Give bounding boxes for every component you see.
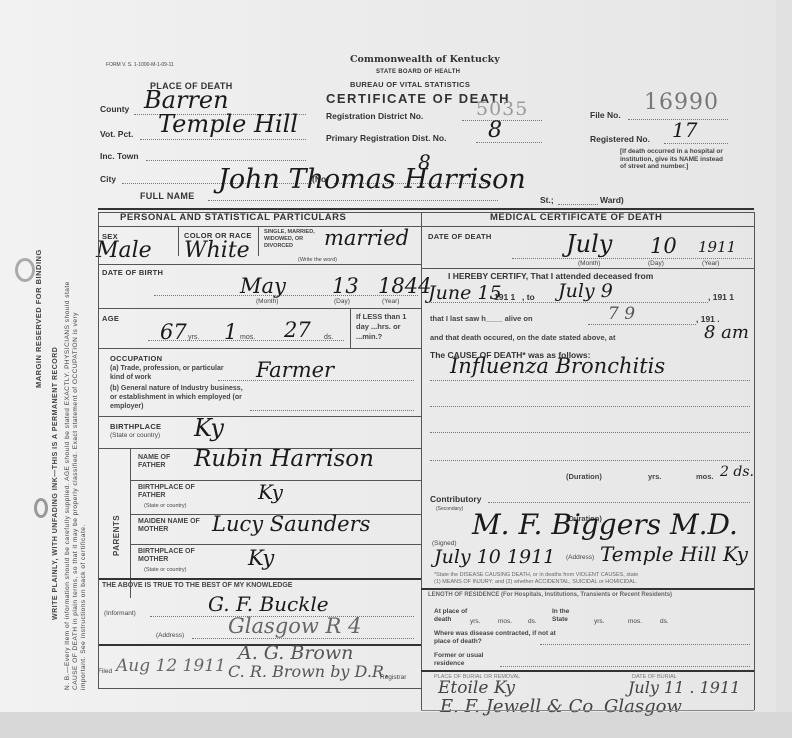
dob-month-value: May [240,274,286,298]
father-birthplace-label: BIRTHPLACE OF FATHER [138,484,208,500]
margin-permanent-record-text: WRITE PLAINLY, WITH UNFADING INK—THIS IS… [52,347,59,620]
registration-district-label: Registration District No. [326,111,423,121]
mother-birthplace-label: BIRTHPLACE OF MOTHER [138,548,204,564]
occupation-a-label: (a) Trade, profession, or particular kin… [110,364,234,382]
registrar-signature: A. G. Brown [238,642,353,664]
birthplace-hint: (State or country) [110,432,160,439]
informant-address-value: Glasgow R 4 [228,614,361,638]
registered-number-value: 17 [672,118,697,142]
true-statement-label: THE ABOVE IS TRUE TO THE BEST OF MY KNOW… [102,582,292,589]
bureau-heading: BUREAU OF VITAL STATISTICS [350,80,470,89]
dod-month-hint: (Month) [578,260,600,267]
footnote-1: *State the DISEASE CAUSING DEATH, or in … [434,572,638,578]
former-residence-label: Former or usual residence [434,652,504,668]
registration-district-value: 5035 [476,98,528,120]
attended-from-year: 191 1 [494,292,515,302]
mother-birthplace-value: Ky [248,546,274,570]
last-saw-label: that I last saw h____ alive on [430,314,533,323]
duration-label: (Duration) [566,472,602,481]
length-of-residence-label: LENGTH OF RESIDENCE (For Hospitals, Inst… [428,592,748,599]
year-hint: (Year) [382,298,399,305]
father-birthplace-hint: (State or country) [144,503,187,509]
date-of-birth-label: DATE OF BIRTH [102,268,163,277]
occupation-label: OCCUPATION [110,354,162,363]
dod-day-value: 10 [650,234,677,258]
margin-binding-text: MARGIN RESERVED FOR BINDING [34,249,43,388]
informant-value: G. F. Buckle [208,592,329,616]
binding-hole-icon [34,498,48,518]
scan-edge [776,0,792,738]
father-name-label: NAME OF FATHER [138,454,188,470]
father-name-value: Rubin Harrison [194,446,374,472]
informant-label: (Informant) [104,610,136,617]
primary-registration-value: 8 [488,118,502,143]
hospital-instruction-note: [If death occurred in a hospital or inst… [620,148,728,171]
attended-to-year: , 191 1 [708,292,734,302]
date-of-death-label: DATE OF DEATH [428,232,492,241]
dob-day-value: 13 [332,274,359,298]
physician-signature: M. F. Biggers M.D. [472,508,738,541]
primary-registration-label: Primary Registration Dist. No. [326,133,446,143]
informant-address-label: (Address) [156,632,184,639]
margin-instructions-3: important. See instructions on back of c… [80,524,87,690]
street-label: St.; [540,195,554,205]
birthplace-value: Ky [194,414,224,442]
ward-label: Ward) [600,195,624,205]
registered-number-label: Registered No. [590,134,650,144]
registrar-label: Registrar [380,674,406,681]
cause-of-death-value: Influenza Bronchitis [450,354,665,378]
in-state-ds: ds. [660,618,669,625]
dod-year-value: 1911 [698,238,736,256]
occupation-b-label: (b) General nature of Industry business,… [110,384,248,411]
dob-year-value: 1844 [378,274,431,298]
age-days-value: 27 [284,318,311,342]
age-label: AGE [102,314,119,323]
binding-hole-icon [15,258,35,282]
physician-address-value: Temple Hill Ky [600,542,748,566]
filed-label: Filed [98,668,112,675]
undertaker-address-value: Glasgow [604,696,682,717]
in-state-label: In the State [552,608,582,624]
footnote-2: (1) MEANS OF INJURY; and (2) whether ACC… [434,579,637,585]
attended-to-value: July 9 [558,280,613,302]
days-unit-label: ds. [324,334,333,341]
filed-date-value: Aug 12 1911 [116,656,226,676]
margin-instructions-2: CAUSE OF DEATH in plain terms, so that i… [72,312,79,690]
years-unit-label: yrs. [188,334,199,341]
medical-section-title: MEDICAL CERTIFICATE OF DEATH [490,212,662,223]
in-state-mos: mos. [628,618,642,625]
file-number-label: File No. [590,110,621,120]
margin-instructions-1: N. B.—Every item of information should b… [64,281,71,690]
dod-year-hint: (Year) [702,260,719,267]
duration-years-label: yrs. [648,472,661,481]
father-birthplace-value: Ky [258,480,283,504]
death-occurred-label: and that death occured, on the date stat… [430,333,615,342]
place-of-burial-value: Etoile Ky [438,678,515,698]
month-hint: (Month) [256,298,278,305]
less-than-day-label: If LESS than 1 day ...hrs. or ...min.? [356,312,418,342]
attended-to-label: , to [522,292,535,302]
undertaker-value: E. F. Jewell & Co [440,696,593,717]
mother-maiden-name-value: Lucy Saunders [212,512,370,536]
age-years-value: 67 [160,320,187,344]
city-label: City [100,174,116,184]
dod-month-value: July [566,230,612,258]
birthplace-label: BIRTHPLACE [110,422,161,431]
marital-status-hint: (Write the word) [298,257,337,263]
county-label: County [100,104,129,114]
at-place-yrs: yrs. [470,618,480,625]
physician-address-label: (Address) [566,554,594,561]
race-value: White [184,238,250,263]
personal-section-title: PERSONAL AND STATISTICAL PARTICULARS [120,212,346,223]
in-state-yrs: yrs. [594,618,604,625]
parents-label: PARENTS [112,515,121,556]
sex-value: Male [96,238,152,263]
form-number: FORM V. S. 1-1000-M-1-09-11 [106,62,174,68]
contributory-label: Contributory [430,494,481,504]
marital-status-label: SINGLE, MARRIED, WIDOWED, OR DIVORCED [264,229,322,250]
vot-pct-value: Temple Hill [158,110,298,138]
full-name-value: John Thomas Harrison [218,164,526,195]
mother-birthplace-hint: (State or country) [144,567,187,573]
signed-date-value: July 10 1911 [434,546,555,568]
attended-from-value: June 15 [428,282,502,304]
vot-pct-label: Vot. Pct. [100,129,133,139]
at-place-mos: mos. [498,618,512,625]
death-certificate-form: FORM V. S. 1-1000-M-1-09-11 Commonwealth… [88,48,776,712]
marital-status-value: married [324,226,409,250]
dod-day-hint: (Day) [648,260,664,267]
certify-label: I HEREBY CERTIFY, That I attended deceas… [448,271,653,281]
date-of-burial-value: July 11 . 1911 [628,678,740,697]
occupation-value: Farmer [256,358,334,382]
duration-months-label: mos. [696,472,714,481]
time-of-death-value: 8 am [704,322,749,343]
duration-value: 2 ds. [720,464,754,480]
months-unit-label: mos. [240,334,255,341]
last-saw-value: 7 9 [608,304,635,324]
age-months-value: 1 [224,320,237,344]
commonwealth-heading: Commonwealth of Kentucky [350,54,500,65]
contributory-secondary-hint: (Secondary) [436,506,463,512]
day-hint: (Day) [334,298,350,305]
mother-maiden-name-label: MAIDEN NAME OF MOTHER [138,518,204,534]
inc-town-label: Inc. Town [100,151,139,161]
at-place-ds: ds. [528,618,537,625]
registrar-deputy-signature: C. R. Brown by D.R. [228,662,389,681]
file-number-value: 16990 [644,90,719,115]
board-heading: STATE BOARD OF HEALTH [376,69,460,75]
full-name-label: FULL NAME [140,191,195,201]
